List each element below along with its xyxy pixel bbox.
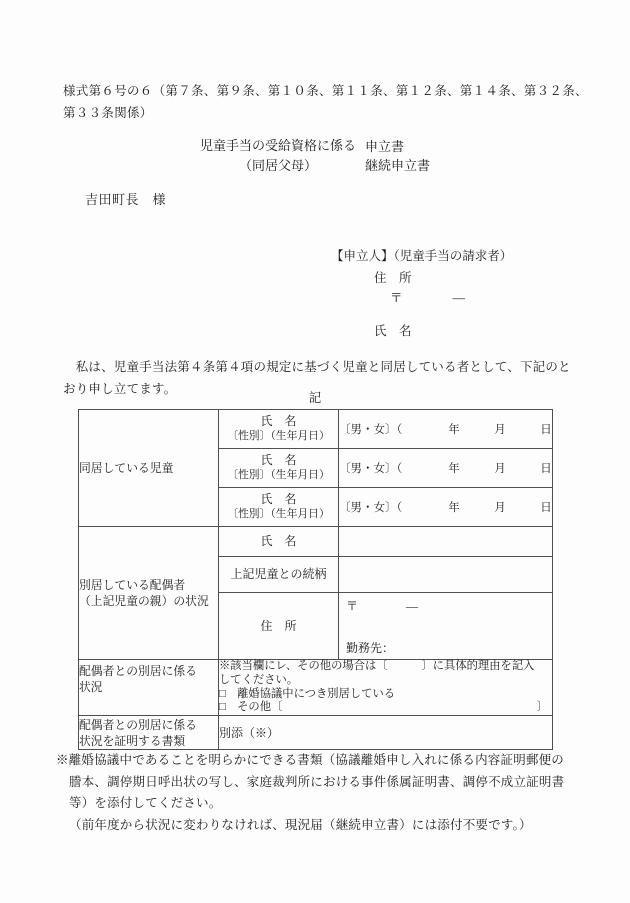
- spouse-address-field[interactable]: 〒 ― 勤務先：: [339, 593, 553, 660]
- footnote-line3: 等）を添付してください。: [69, 793, 564, 815]
- child-sex-birth-field[interactable]: 〔男・女〕（ 年 月 日生）: [339, 410, 553, 449]
- document-page: 様式第６号の６（第７条、第９条、第１０条、第１１条、第１２条、第１４条、第３２条…: [0, 0, 630, 903]
- child-row-1: 同居している児童 氏 名 〔性別〕（生年月日） 〔男・女〕（ 年 月 日生）: [79, 410, 553, 449]
- cohabit-children-label: 同居している児童: [79, 410, 219, 527]
- proof-documents-row: 配偶者との別居に係る 状況を証明する書類 別添（※）: [79, 716, 553, 750]
- spouse-name-row: 別居している配偶者 （上記児童の親）の状況 氏 名: [79, 527, 553, 557]
- spouse-postal-mark: 〒 ―: [346, 597, 552, 614]
- separation-note-line2: してください。: [219, 674, 552, 688]
- document-title: 児童手当の受給資格に係る （同居父母） 申立書 継続申立書: [0, 136, 630, 176]
- child-name-header: 氏 名 〔性別〕（生年月日）: [219, 449, 339, 488]
- separation-status-label: 配偶者との別居に係る 状況: [79, 660, 219, 716]
- footnote-line4: （前年度から状況に変わりなければ、現況届（継続申立書）には添付不要です。）: [69, 815, 564, 837]
- title-keizoku-moshitatesho: 継続申立書: [365, 156, 430, 175]
- separation-status-row: 配偶者との別居に係る 状況 ※該当欄にレ、その他の場合は〔 〕に具体的理由を記入…: [79, 660, 553, 716]
- checkbox-divorce-negotiation[interactable]: □ 離婚協議中につき別居している: [219, 688, 552, 702]
- footnote-line1: ※離婚協議中であることを明らかにできる書類（協議離婚申し入れに係る内容証明郵便の: [56, 750, 564, 772]
- proof-documents-value: 別添（※）: [219, 716, 553, 750]
- name-label: 氏 名: [374, 321, 512, 341]
- separated-spouse-label: 別居している配偶者 （上記児童の親）の状況: [79, 527, 219, 660]
- footnote-line2: 謄本、調停期日呼出状の写し、家庭裁判所における事件係属証明書、調停不成立証明書: [69, 772, 564, 794]
- relation-field[interactable]: [339, 557, 553, 593]
- relation-label: 上記児童との続柄: [219, 557, 339, 593]
- footnote: ※離婚協議中であることを明らかにできる書類（協議離婚申し入れに係る内容証明郵便の…: [56, 750, 564, 836]
- workplace-label: 勤務先：: [346, 639, 552, 656]
- applicant-block: 【申立人】（児童手当の請求者） 住 所 〒 ― 氏 名: [331, 246, 512, 341]
- addressee: 吉田町長 様: [85, 189, 166, 208]
- spouse-name-field[interactable]: [339, 527, 553, 557]
- title-main: 児童手当の受給資格に係る: [200, 136, 356, 156]
- title-sub: （同居父母）: [200, 156, 356, 176]
- checkbox-other[interactable]: □ その他〔 〕: [219, 701, 552, 715]
- applicant-heading: 【申立人】（児童手当の請求者）: [331, 246, 512, 266]
- declaration-line1: 私は、児童手当法第４条第４項の規定に基づく児童と同居している者として、下記のと: [63, 356, 571, 378]
- title-moshitatesho: 申立書: [365, 137, 430, 156]
- spouse-address-label: 住 所: [219, 593, 339, 660]
- child-name-header: 氏 名 〔性別〕（生年月日）: [219, 488, 339, 527]
- child-name-header: 氏 名 〔性別〕（生年月日）: [219, 410, 339, 449]
- title-left: 児童手当の受給資格に係る （同居父母）: [200, 136, 356, 176]
- form-number-line1: 様式第６号の６（第７条、第９条、第１０条、第１１条、第１２条、第１４条、第３２条…: [63, 80, 588, 102]
- separation-status-cell: ※該当欄にレ、その他の場合は〔 〕に具体的理由を記入 してください。 □ 離婚協…: [219, 660, 553, 716]
- title-right: 申立書 継続申立書: [365, 137, 430, 175]
- child-sex-birth-field[interactable]: 〔男・女〕（ 年 月 日生）: [339, 449, 553, 488]
- proof-documents-label: 配偶者との別居に係る 状況を証明する書類: [79, 716, 219, 750]
- form-number: 様式第６号の６（第７条、第９条、第１０条、第１１条、第１２条、第１４条、第３２条…: [63, 80, 588, 124]
- form-number-line2: 第３３条関係）: [63, 102, 588, 124]
- ki-heading: 記: [78, 388, 552, 406]
- child-sex-birth-field[interactable]: 〔男・女〕（ 年 月 日生）: [339, 488, 553, 527]
- separation-note-line1: ※該当欄にレ、その他の場合は〔 〕に具体的理由を記入: [219, 660, 552, 674]
- form-table: 同居している児童 氏 名 〔性別〕（生年月日） 〔男・女〕（ 年 月 日生） 氏…: [78, 409, 553, 750]
- closing-bracket: 〕: [537, 701, 548, 715]
- postal-mark: 〒 ―: [390, 288, 512, 308]
- address-label: 住 所: [374, 268, 512, 288]
- spouse-name-label: 氏 名: [219, 527, 339, 557]
